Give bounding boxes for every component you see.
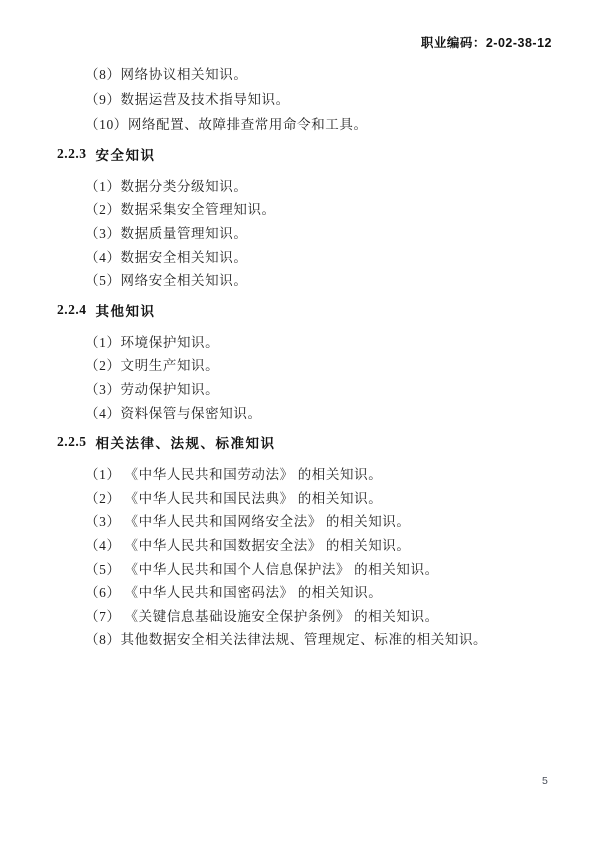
list-item: （7） 《关键信息基础设施安全保护条例》 的相关知识。 — [0, 603, 600, 627]
page-number: 5 — [542, 775, 548, 787]
list-item: （3）劳动保护知识。 — [0, 376, 600, 400]
section-heading-2-2-3: 2.2.3 安全知识 — [0, 135, 600, 173]
list-item: （5）网络安全相关知识。 — [0, 267, 600, 291]
list-item: （2）数据采集安全管理知识。 — [0, 197, 600, 221]
list-item: （4） 《中华人民共和国数据安全法》 的相关知识。 — [0, 532, 600, 556]
list-item: （8）其他数据安全相关法律法规、管理规定、标准的相关知识。 — [0, 627, 600, 651]
list-item: （1）数据分类分级知识。 — [0, 173, 600, 197]
section-title: 其他知识 — [96, 300, 156, 320]
section-title: 相关法律、法规、标准知识 — [96, 432, 276, 452]
list-item: （5） 《中华人民共和国个人信息保护法》 的相关知识。 — [0, 556, 600, 580]
list-item: （8）网络协议相关知识。 — [0, 60, 600, 85]
list-item: （2）文明生产知识。 — [0, 353, 600, 377]
section-number: 2.2.5 — [57, 434, 87, 450]
list-item: （1）环境保护知识。 — [0, 329, 600, 353]
occupation-code-header: 职业编码：2-02-38-12 — [421, 33, 552, 51]
list-item: （6） 《中华人民共和国密码法》 的相关知识。 — [0, 579, 600, 603]
section-number: 2.2.4 — [57, 302, 87, 318]
list-item: （4）数据安全相关知识。 — [0, 244, 600, 268]
list-item: （10）网络配置、故障排查常用命令和工具。 — [0, 110, 600, 135]
list-item: （9）数据运营及技术指导知识。 — [0, 85, 600, 110]
section-title: 安全知识 — [96, 144, 156, 164]
document-body: （8）网络协议相关知识。 （9）数据运营及技术指导知识。 （10）网络配置、故障… — [0, 60, 600, 650]
list-item: （4）资料保管与保密知识。 — [0, 400, 600, 424]
document-page: 职业编码：2-02-38-12 （8）网络协议相关知识。 （9）数据运营及技术指… — [0, 0, 600, 848]
section-heading-2-2-4: 2.2.4 其他知识 — [0, 291, 600, 329]
section-heading-2-2-5: 2.2.5 相关法律、法规、标准知识 — [0, 423, 600, 461]
list-item: （3）数据质量管理知识。 — [0, 220, 600, 244]
section-number: 2.2.3 — [57, 146, 87, 162]
list-item: （3） 《中华人民共和国网络安全法》 的相关知识。 — [0, 509, 600, 533]
list-item: （2） 《中华人民共和国民法典》 的相关知识。 — [0, 485, 600, 509]
list-item: （1） 《中华人民共和国劳动法》 的相关知识。 — [0, 461, 600, 485]
